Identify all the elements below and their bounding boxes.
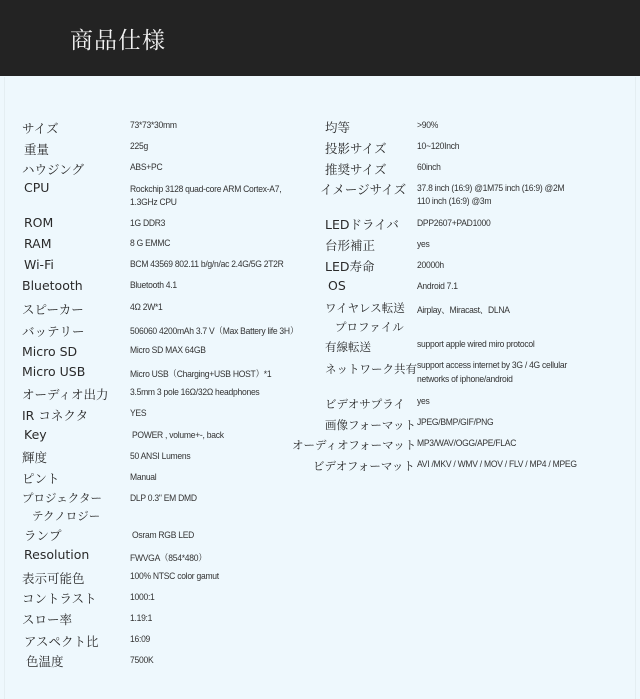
spec-label: Micro SD	[22, 344, 77, 359]
spec-value-line2: 110 inch (16:9) @3m	[417, 196, 491, 207]
spec-value: 50 ANSI Lumens	[130, 451, 190, 462]
spec-label: RAM	[24, 236, 52, 251]
spec-label: プロジェクター	[22, 490, 102, 506]
spec-value: 100% NTSC color gamut	[130, 571, 219, 582]
spec-value: FWVGA（854*480）	[130, 550, 207, 564]
spec-label: スロー率	[22, 610, 72, 628]
spec-value: AVI /MKV / WMV / MOV / FLV / MP4 / MPEG	[417, 459, 577, 470]
spec-label: ハウジング	[22, 160, 84, 178]
spec-label: Wi-Fi	[24, 257, 54, 272]
spec-value: DLP 0.3" EM DMD	[130, 493, 197, 504]
spec-label: 画像フォーマット	[325, 417, 416, 433]
spec-value: Bluetooth 4.1	[130, 280, 177, 291]
spec-label: ROM	[24, 215, 53, 230]
spec-label: Key	[24, 427, 47, 442]
spec-label: CPU	[24, 180, 49, 195]
spec-value: yes	[417, 396, 430, 407]
spec-value-line2: 1.3GHz CPU	[130, 197, 177, 208]
spec-value: Rockchip 3128 quad-core ARM Cortex-A7,	[130, 184, 281, 195]
spec-label: 輝度	[22, 448, 47, 466]
spec-value: 1.19:1	[130, 613, 152, 624]
spec-value: JPEG/BMP/GIF/PNG	[417, 417, 493, 428]
spec-label: 有線転送	[325, 339, 371, 355]
spec-label: LEDドライバ	[325, 215, 399, 233]
spec-label: オーディオフォーマット	[292, 437, 416, 453]
spec-value: 1000:1	[130, 592, 155, 603]
spec-value: Airplay、Miracast、DLNA	[417, 302, 510, 316]
spec-label: 色温度	[26, 652, 64, 670]
spec-value: 10~120Inch	[417, 141, 459, 152]
spec-value: 506060 4200mAh 3.7 V（Max Battery life 3H…	[130, 323, 298, 337]
spec-label: イメージサイズ	[320, 180, 406, 198]
spec-label: オーディオ出力	[22, 385, 109, 403]
spec-value: 8 G EMMC	[130, 238, 170, 249]
header-bar: 商品仕様	[0, 0, 640, 76]
spec-value: 20000h	[417, 260, 444, 271]
spec-label: Resolution	[24, 547, 89, 562]
spec-value: 4Ω 2W*1	[130, 302, 163, 313]
spec-label: サイズ	[22, 119, 59, 137]
spec-value: MP3/WAV/OGG/APE/FLAC	[417, 438, 516, 449]
spec-label-line2: プロファイル	[335, 319, 404, 335]
spec-label: バッテリー	[22, 322, 85, 340]
spec-value: POWER , volume+-, back	[132, 430, 224, 441]
spec-value: 225g	[130, 141, 148, 152]
spec-label-line2: テクノロジー	[32, 508, 100, 524]
spec-label: スピーカー	[22, 300, 84, 318]
spec-panel: サイズ 73*73*30mm 重量 225g ハウジング ABS+PC CPU …	[0, 77, 640, 699]
spec-label: Bluetooth	[22, 278, 83, 293]
spec-value: 3.5mm 3 pole 16Ω/32Ω headphones	[130, 387, 259, 398]
spec-label: コントラスト	[22, 589, 97, 607]
spec-value: Osram RGB LED	[132, 530, 194, 541]
spec-label: ネットワーク共有	[325, 361, 417, 377]
page-title: 商品仕様	[70, 22, 166, 55]
spec-value: support access internet by 3G / 4G cellu…	[417, 360, 567, 371]
spec-label: 均等	[325, 118, 350, 136]
spec-value: >90%	[417, 120, 438, 131]
spec-label: IR コネクタ	[22, 406, 88, 424]
spec-value: YES	[130, 408, 146, 419]
spec-label: アスペクト比	[24, 632, 99, 650]
spec-value: 37.8 inch (16:9) @1M75 inch (16:9) @2M	[417, 183, 564, 194]
spec-label: ビデオフォーマット	[313, 458, 415, 474]
spec-label: 投影サイズ	[325, 139, 387, 157]
spec-value: 1G DDR3	[130, 218, 165, 229]
spec-value: 73*73*30mm	[130, 120, 177, 131]
spec-label: 表示可能色	[22, 569, 85, 587]
spec-label: 推奨サイズ	[325, 160, 387, 178]
spec-value: support apple wired miro protocol	[417, 339, 535, 350]
spec-value: BCM 43569 802.11 b/g/n/ac 2.4G/5G 2T2R	[130, 259, 284, 270]
spec-value: Manual	[130, 472, 156, 483]
spec-value: Android 7.1	[417, 281, 458, 292]
spec-label: ワイヤレス転送	[325, 300, 405, 316]
spec-value: Micro USB（Charging+USB HOST）*1	[130, 366, 271, 380]
spec-label: Micro USB	[22, 364, 85, 379]
spec-value: ABS+PC	[130, 162, 162, 173]
spec-value-line2: networks of iphone/android	[417, 374, 513, 385]
spec-label: ランプ	[24, 526, 62, 544]
spec-value: DPP2607+PAD1000	[417, 218, 491, 229]
spec-value: 16:09	[130, 634, 150, 645]
spec-label: LED寿命	[325, 257, 375, 275]
spec-label: OS	[328, 278, 346, 293]
spec-value: Micro SD MAX 64GB	[130, 345, 206, 356]
spec-label: ピント	[22, 469, 60, 487]
spec-label: ビデオサプライ	[325, 396, 405, 412]
spec-value: 60inch	[417, 162, 441, 173]
spec-label: 台形補正	[325, 236, 375, 254]
spec-label: 重量	[24, 140, 49, 158]
spec-value: yes	[417, 239, 430, 250]
spec-value: 7500K	[130, 655, 153, 666]
